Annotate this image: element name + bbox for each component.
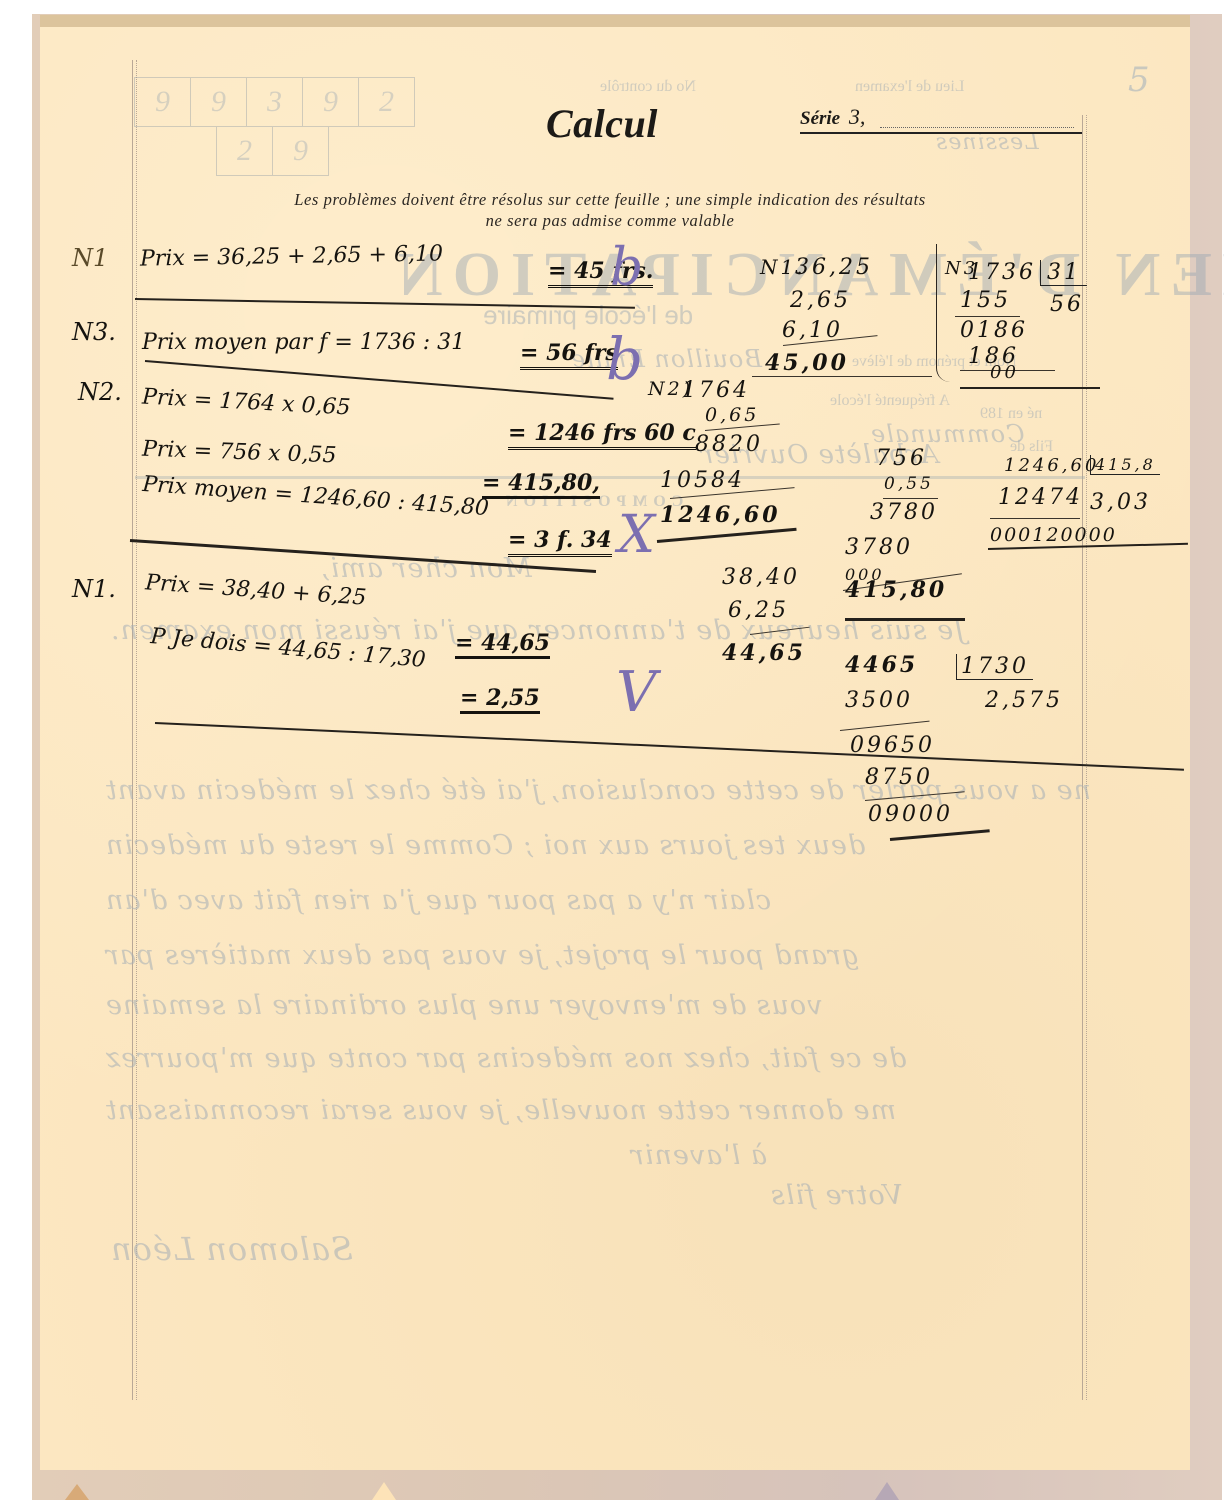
calc-row: 38,40 bbox=[722, 565, 800, 590]
calc-rule bbox=[955, 316, 1020, 317]
calc-partial: 3780 bbox=[870, 500, 938, 525]
problem-number: N2. bbox=[78, 378, 122, 406]
instructions-line-1: Les problèmes doivent être résolus sur c… bbox=[200, 189, 1020, 210]
grader-mark-icon: V bbox=[616, 660, 656, 725]
control-box: 3 bbox=[246, 77, 303, 127]
calc-divisor: 415,8 bbox=[1090, 455, 1160, 475]
calc-step: 8750 bbox=[865, 765, 933, 790]
calc-partial: 10584 bbox=[660, 468, 745, 493]
calc-quotient: 56 bbox=[1050, 292, 1084, 317]
calc-quotient: 2,575 bbox=[985, 688, 1063, 713]
calc-divisor: 1730 bbox=[956, 654, 1033, 680]
scan-tab bbox=[65, 1484, 89, 1500]
calc-row: 1764 bbox=[682, 378, 750, 403]
calc-total: 1246,60 bbox=[660, 502, 781, 528]
problem-result: = 2,55 bbox=[460, 685, 540, 711]
ghost-letter-line: grand pour le projet, je vous pas deux m… bbox=[105, 940, 859, 971]
calc-quotient: 3,03 bbox=[1090, 490, 1151, 515]
problem-number: N3. bbox=[72, 318, 116, 346]
ghost-control-number-label: No du contrôle bbox=[600, 78, 696, 96]
calc-step: 3500 bbox=[845, 688, 913, 713]
control-box: 9 bbox=[302, 77, 359, 127]
calc-step: 000120000 bbox=[990, 524, 1117, 546]
calc-rule bbox=[960, 387, 1100, 389]
calc-partial: 8820 bbox=[695, 432, 763, 457]
ghost-letter-line: Votre fils bbox=[770, 1180, 903, 1211]
ghost-corner-number: 5 bbox=[1128, 60, 1150, 100]
left-margin-rule-dotted bbox=[136, 60, 137, 1400]
calc-step: 155 bbox=[960, 288, 1011, 313]
calc-rule bbox=[845, 618, 965, 621]
page-title: Calcul bbox=[546, 100, 658, 147]
calc-rule bbox=[883, 498, 938, 499]
ghost-letter-line: Mon cher ami, bbox=[320, 553, 532, 584]
calc-step: 09650 bbox=[850, 733, 935, 758]
grader-mark-icon: b bbox=[606, 325, 643, 393]
grader-mark-icon: b bbox=[610, 238, 643, 298]
serie-dotted-line bbox=[880, 127, 1074, 128]
ghost-signature: Salomon Léon bbox=[110, 1230, 353, 1268]
calc-dividend: 1736 bbox=[968, 260, 1036, 285]
calc-rule bbox=[990, 518, 1080, 519]
ghost-letter-line: deux tes jours aux noi ; Comme le reste … bbox=[105, 830, 865, 861]
calc-row: 6,25 bbox=[728, 598, 789, 623]
calc-rule bbox=[752, 376, 932, 377]
problem-number: N1. bbox=[72, 575, 116, 603]
control-box: 2 bbox=[216, 126, 273, 176]
problem-result: = 1246 frs 60 c bbox=[508, 420, 696, 446]
scan-tab bbox=[372, 1482, 396, 1500]
problem-result: = 415,80, bbox=[482, 470, 600, 496]
scan-tab bbox=[875, 1482, 899, 1500]
ghost-exam-place-label: Lieu de l'examen bbox=[855, 78, 965, 96]
calc-dividend: 4465 bbox=[845, 652, 918, 678]
ghost-form-rule bbox=[135, 476, 1085, 479]
calc-step: 12474 bbox=[998, 485, 1083, 510]
problem-result: = 56 frs bbox=[520, 340, 618, 366]
ghost-letter-line: à l'avenir bbox=[630, 1140, 767, 1171]
sheet-top-edge bbox=[40, 15, 1190, 27]
control-box: 2 bbox=[358, 77, 415, 127]
control-box: 9 bbox=[134, 77, 191, 127]
calc-row: 756 bbox=[876, 446, 927, 471]
serie-field: Série 3, bbox=[800, 104, 1082, 134]
serie-value: 3, bbox=[849, 104, 866, 129]
instructions: Les problèmes doivent être résolus sur c… bbox=[200, 189, 1020, 231]
calc-divisor: 31 bbox=[1040, 260, 1087, 286]
ghost-letter-line: de ce fait, chez nos médecins par conte … bbox=[105, 1043, 906, 1074]
problem-equation: Prix = 36,25 + 2,65 + 6,10 bbox=[140, 241, 443, 271]
calc-step: 09000 bbox=[868, 802, 953, 827]
control-number-grid: 9 9 3 9 2 2 9 bbox=[135, 77, 415, 176]
calc-total: 45,00 bbox=[765, 350, 849, 376]
grader-mark-icon: X bbox=[618, 505, 655, 565]
ghost-letter-line: clair n'y a pas pour que j'a rien fait a… bbox=[105, 885, 771, 916]
control-box: 9 bbox=[272, 126, 329, 176]
calc-step: 0186 bbox=[960, 318, 1028, 343]
calc-partial: 3780 bbox=[845, 535, 913, 560]
ghost-letter-line: me donner cette nouvelle, je vous serai … bbox=[105, 1095, 896, 1126]
calc-row: 2,65 bbox=[790, 288, 851, 313]
calc-row: 36,25 bbox=[795, 255, 873, 280]
calc-total: 415,80 bbox=[845, 577, 947, 603]
calc-total: 44,65 bbox=[722, 640, 806, 666]
problem-equation: Prix moyen par f = 1736 : 31 bbox=[142, 330, 465, 355]
ghost-school-label: A fréquenté l'école bbox=[830, 392, 950, 410]
left-margin-rule bbox=[132, 60, 133, 1400]
calc-row: 0,65 bbox=[705, 404, 759, 426]
problem-result: = 44,65 bbox=[455, 630, 550, 656]
instructions-line-2: ne sera pas admise comme valable bbox=[200, 210, 1020, 231]
problem-number: N1 bbox=[72, 244, 108, 272]
serie-label: Série bbox=[800, 108, 840, 129]
calc-step: 00 bbox=[990, 362, 1019, 383]
problem-result: = 3 f. 34 bbox=[508, 527, 612, 553]
ghost-father-label: Fils de bbox=[1010, 438, 1053, 456]
ghost-letter-line: vous de m'envoyer une plus ordinaire la … bbox=[105, 990, 822, 1021]
calc-row: 0,55 bbox=[884, 474, 934, 494]
control-box: 9 bbox=[190, 77, 247, 127]
calc-dividend: 1246,60 bbox=[1004, 455, 1099, 476]
